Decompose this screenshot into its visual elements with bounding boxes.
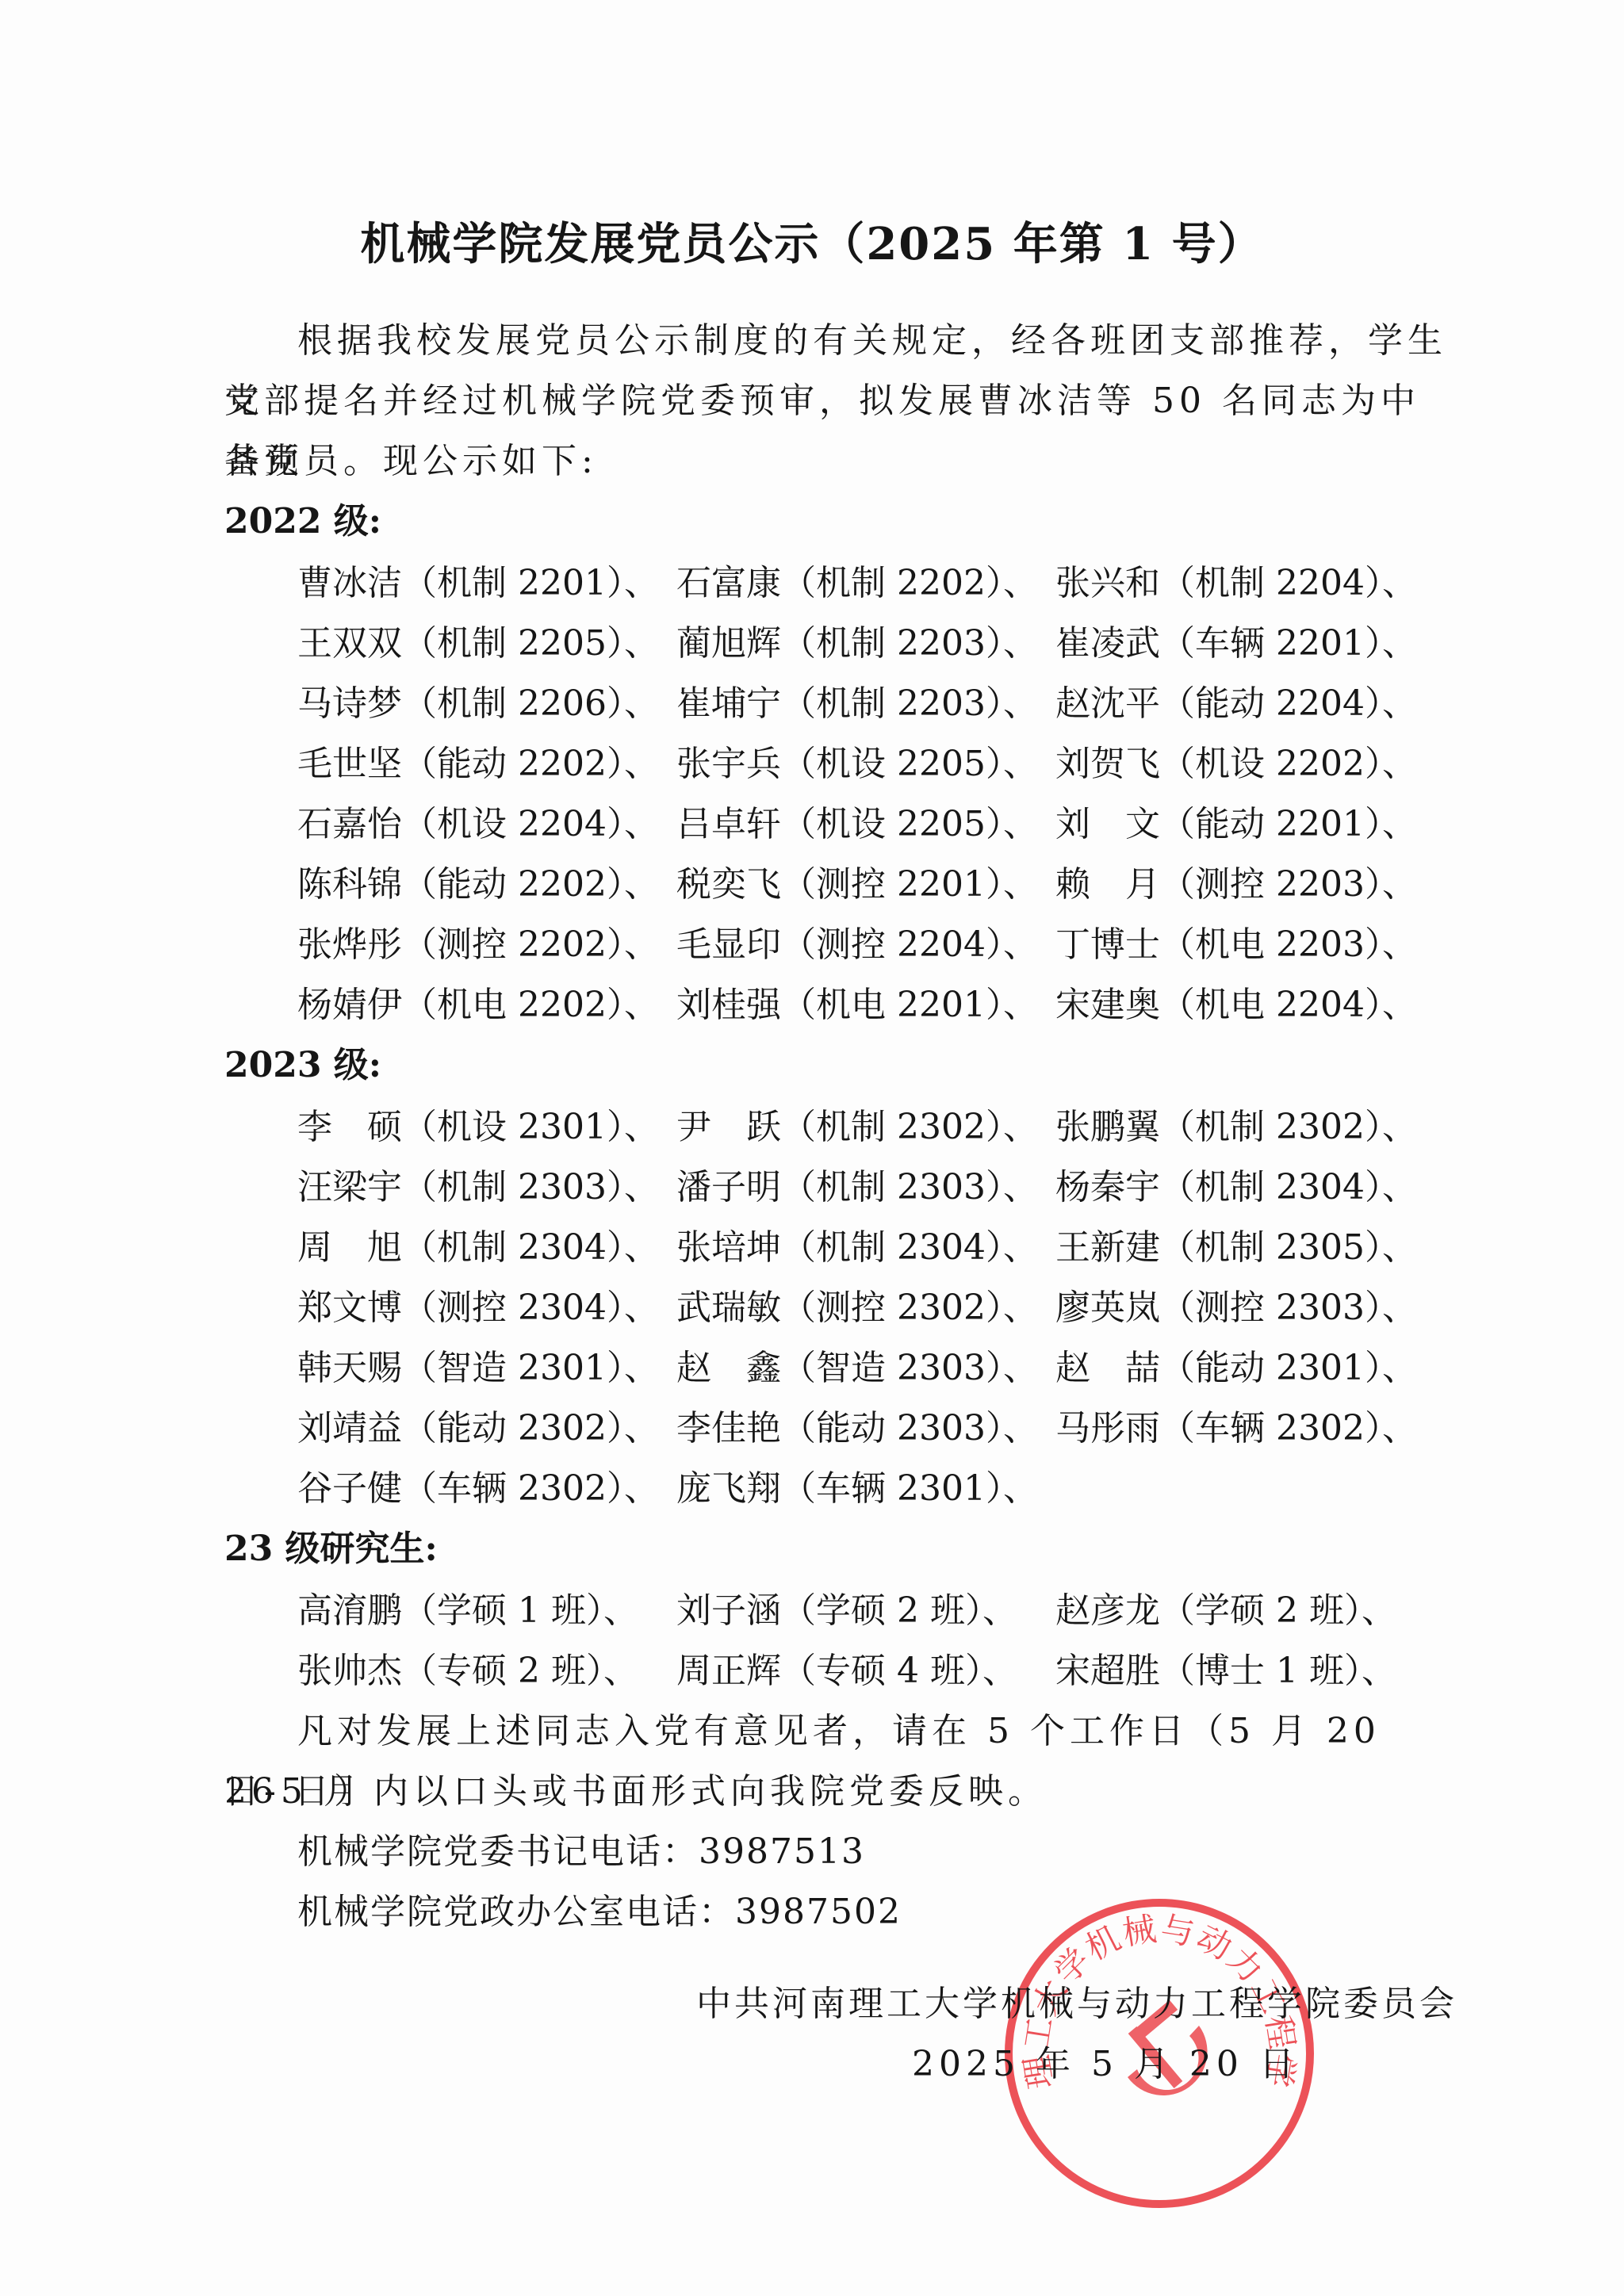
document-page: 机械学院发展党员公示（2025 年第 1 号） 根据我校发展党员公示制度的有关规… (0, 0, 1624, 2296)
contact-label: 机械学院党委书记电话： (297, 1831, 699, 1872)
contact-label: 机械学院党政办公室电话： (297, 1892, 735, 1932)
list-row: 曹冰洁（机制 2201）、石富康（机制 2202）、张兴和（机制 2204）、 (297, 553, 1434, 614)
list-item: 谷子健（车辆 2302）、 (297, 1459, 676, 1519)
notice-line-2: 26 日）内以口头或书面形式向我院党委反映。 (224, 1762, 1457, 1822)
list-item: 宋超胜（博士 1 班）、 (1055, 1641, 1434, 1701)
list-row: 高淯鹏（学硕 1 班）、刘子涵（学硕 2 班）、赵彦龙（学硕 2 班）、 (297, 1581, 1434, 1641)
list-row: 郑文博（测控 2304）、武瑞敏（测控 2302）、廖英岚（测控 2303）、 (297, 1278, 1434, 1338)
list-item: 杨秦宇（机制 2304）、 (1055, 1158, 1434, 1218)
document-title: 机械学院发展党员公示（2025 年第 1 号） (0, 212, 1624, 276)
list-item: 潘子明（机制 2303）、 (676, 1158, 1055, 1218)
list-item: 高淯鹏（学硕 1 班）、 (297, 1581, 676, 1641)
list-row: 石嘉怡（机设 2204）、吕卓轩（机设 2205）、刘 文（能动 2201）、 (297, 794, 1434, 855)
list-item: 廖英岚（测控 2303）、 (1055, 1278, 1434, 1338)
list-item: 刘桂强（机电 2201）、 (676, 975, 1055, 1035)
list-item: 赖 月（测控 2203）、 (1055, 855, 1434, 915)
list-item: 石富康（机制 2202）、 (676, 553, 1055, 614)
list-item: 刘子涵（学硕 2 班）、 (676, 1581, 1055, 1641)
list-item: 李 硕（机设 2301）、 (297, 1097, 676, 1158)
list-row: 汪梁宇（机制 2303）、潘子明（机制 2303）、杨秦宇（机制 2304）、 (297, 1158, 1434, 1218)
list-item: 张兴和（机制 2204）、 (1055, 553, 1434, 614)
list-item: 马彤雨（车辆 2302）、 (1055, 1399, 1434, 1459)
list-item: 赵 鑫（智造 2303）、 (676, 1338, 1055, 1399)
contact-secretary: 机械学院党委书记电话：3987513 (297, 1822, 865, 1882)
list-item: 毛世坚（能动 2202）、 (297, 734, 676, 794)
list-item: 张鹏翼（机制 2302）、 (1055, 1097, 1434, 1158)
list-item: 王双双（机制 2205）、 (297, 614, 676, 674)
list-item: 周正辉（专硕 4 班）、 (676, 1641, 1055, 1701)
signature-org: 中共河南理工大学机械与动力工程学院委员会 (690, 1974, 1457, 2034)
list-item: 庞飞翔（车辆 2301）、 (676, 1459, 1055, 1519)
list-item: 武瑞敏（测控 2302）、 (676, 1278, 1055, 1338)
signature-date: 2025 年 5 月 20 日 (912, 2034, 1299, 2095)
list-item: 尹 跃（机制 2302）、 (676, 1097, 1055, 1158)
list-item: 陈科锦（能动 2202）、 (297, 855, 676, 915)
list-row: 毛世坚（能动 2202）、张宇兵（机设 2205）、刘贺飞（机设 2202）、 (297, 734, 1434, 794)
list-item: 马诗梦（机制 2206）、 (297, 674, 676, 734)
list-item: 石嘉怡（机设 2204）、 (297, 794, 676, 855)
list-item: 刘靖益（能动 2302）、 (297, 1399, 676, 1459)
list-row: 陈科锦（能动 2202）、税奕飞（测控 2201）、赖 月（测控 2203）、 (297, 855, 1434, 915)
contact-phone: 3987513 (699, 1831, 865, 1872)
list-item: 王新建（机制 2305）、 (1055, 1218, 1434, 1278)
list-item: 宋建奥（机电 2204）、 (1055, 975, 1434, 1035)
section-heading-graduate: 23 级研究生: (224, 1519, 438, 1579)
list-item: 韩天赐（智造 2301）、 (297, 1338, 676, 1399)
list-item: 赵 喆（能动 2301）、 (1055, 1338, 1434, 1399)
list-item: 崔埔宁（机制 2203）、 (676, 674, 1055, 734)
list-row: 刘靖益（能动 2302）、李佳艳（能动 2303）、马彤雨（车辆 2302）、 (297, 1399, 1434, 1459)
list-item: 李佳艳（能动 2303）、 (676, 1399, 1055, 1459)
list-item: 赵沈平（能动 2204）、 (1055, 674, 1434, 734)
list-row: 韩天赐（智造 2301）、赵 鑫（智造 2303）、赵 喆（能动 2301）、 (297, 1338, 1434, 1399)
list-item: 张宇兵（机设 2205）、 (676, 734, 1055, 794)
list-item: 崔凌武（车辆 2201）、 (1055, 614, 1434, 674)
list-item: 曹冰洁（机制 2201）、 (297, 553, 676, 614)
intro-line-3: 备党员。现公示如下: (224, 431, 1457, 492)
contact-phone: 3987502 (735, 1892, 902, 1932)
list-row: 张帅杰（专硕 2 班）、周正辉（专硕 4 班）、宋超胜（博士 1 班）、 (297, 1641, 1434, 1701)
list-row: 李 硕（机设 2301）、尹 跃（机制 2302）、张鹏翼（机制 2302）、 (297, 1097, 1434, 1158)
list-item: 张烨彤（测控 2202）、 (297, 915, 676, 975)
list-item: 周 旭（机制 2304）、 (297, 1218, 676, 1278)
list-item: 张帅杰（专硕 2 班）、 (297, 1641, 676, 1701)
list-item: 税奕飞（测控 2201）、 (676, 855, 1055, 915)
list-item: 汪梁宇（机制 2303）、 (297, 1158, 676, 1218)
list-item: 丁博士（机电 2203）、 (1055, 915, 1434, 975)
list-item: 蔺旭辉（机制 2203）、 (676, 614, 1055, 674)
list-item: 郑文博（测控 2304）、 (297, 1278, 676, 1338)
list-item: 杨婧伊（机电 2202）、 (297, 975, 676, 1035)
list-row: 王双双（机制 2205）、蔺旭辉（机制 2203）、崔凌武（车辆 2201）、 (297, 614, 1434, 674)
list-row: 周 旭（机制 2304）、张培坤（机制 2304）、王新建（机制 2305）、 (297, 1218, 1434, 1278)
list-row: 张烨彤（测控 2202）、毛显印（测控 2204）、丁博士（机电 2203）、 (297, 915, 1434, 975)
list-item: 毛显印（测控 2204）、 (676, 915, 1055, 975)
section-heading-2023: 2023 级: (224, 1035, 381, 1096)
list-item: 刘贺飞（机设 2202）、 (1055, 734, 1434, 794)
list-item: 张培坤（机制 2304）、 (676, 1218, 1055, 1278)
list-row: 杨婧伊（机电 2202）、刘桂强（机电 2201）、宋建奥（机电 2204）、 (297, 975, 1434, 1035)
list-item: 刘 文（能动 2201）、 (1055, 794, 1434, 855)
list-item: 吕卓轩（机设 2205）、 (676, 794, 1055, 855)
list-row: 马诗梦（机制 2206）、崔埔宁（机制 2203）、赵沈平（能动 2204）、 (297, 674, 1434, 734)
list-row: 谷子健（车辆 2302）、庞飞翔（车辆 2301）、 (297, 1459, 1055, 1519)
list-item: 赵彦龙（学硕 2 班）、 (1055, 1581, 1434, 1641)
contact-office: 机械学院党政办公室电话：3987502 (297, 1882, 902, 1942)
section-heading-2022: 2022 级: (224, 492, 381, 552)
